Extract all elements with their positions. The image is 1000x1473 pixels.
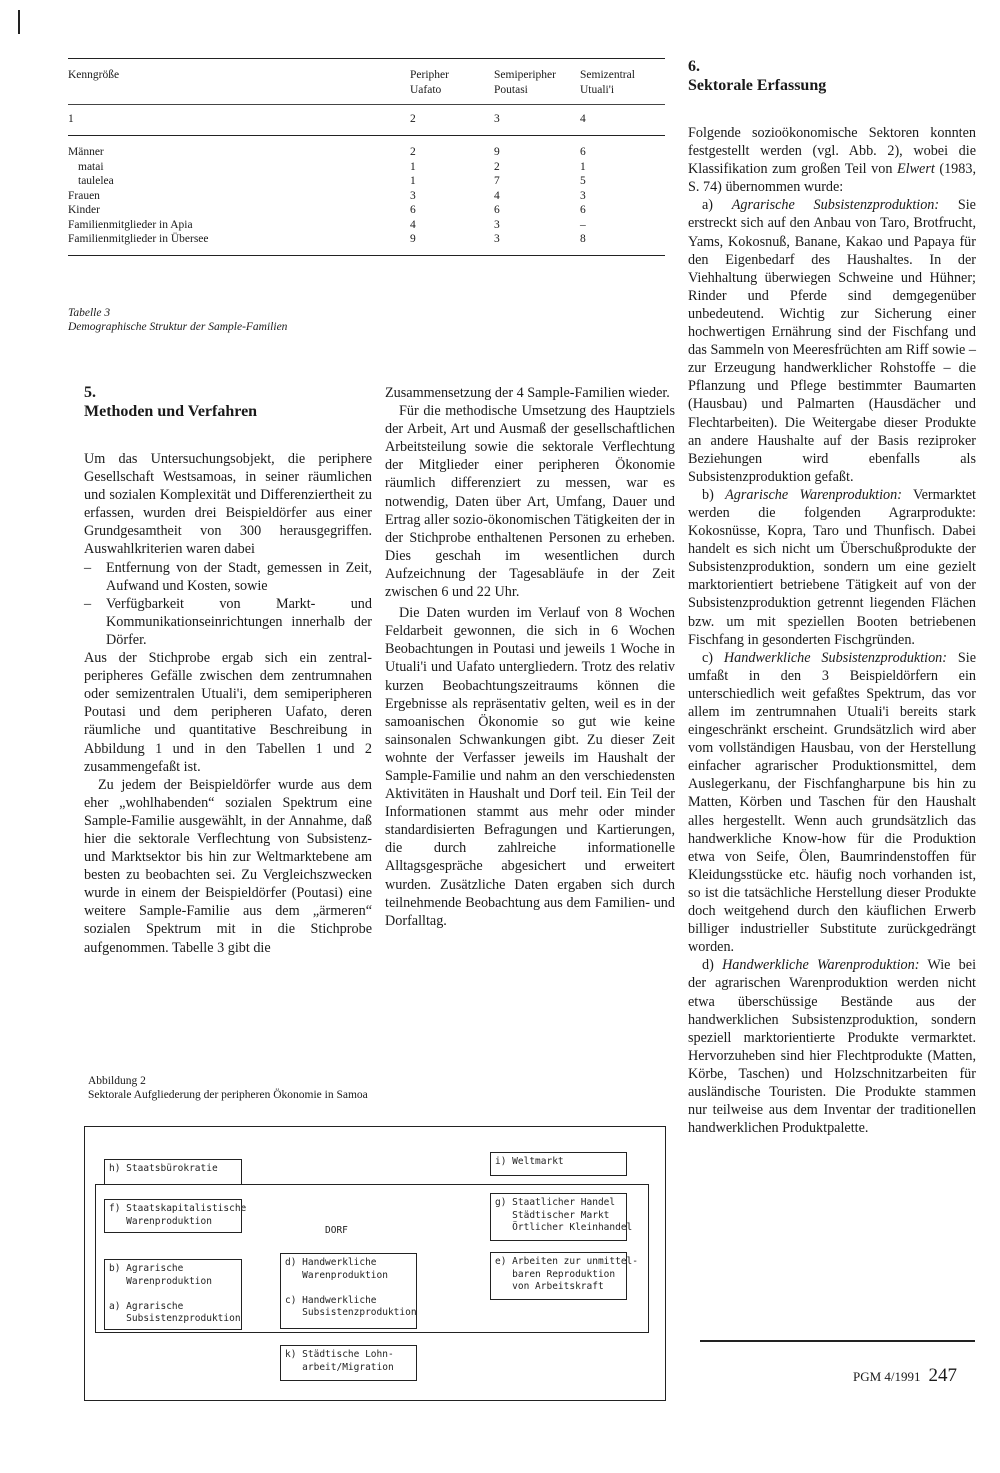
sector-diagram: DORF h) Staatsbürokratie i) Weltmarkt f)…	[84, 1126, 666, 1401]
header-cell-sub: Uafato	[410, 83, 498, 98]
page-number: 247	[929, 1365, 958, 1386]
value-cell: 8	[580, 232, 586, 247]
value-cell: 7	[494, 174, 500, 189]
paragraph: Die Daten wurden im Verlauf von 8 Wochen…	[385, 604, 675, 930]
paragraph: Um das Untersuchungsobjekt, die peripher…	[84, 450, 372, 559]
header-cell: Semiperipher	[494, 68, 556, 83]
figure-caption-title: Sektorale Aufgliederung der peripheren Ö…	[88, 1088, 368, 1102]
value-cell: 9	[494, 145, 500, 160]
table-caption-label: Tabelle 3	[68, 306, 287, 320]
value-cell: 2	[494, 160, 500, 175]
value-cell: 1	[580, 160, 586, 175]
row-label: Kinder	[68, 203, 410, 218]
value-cell: 2	[410, 145, 416, 160]
value-cell: 1	[410, 160, 416, 175]
row-label: Familienmitglieder in Übersee	[68, 232, 410, 247]
box-line: c) Handwerkliche	[285, 1295, 412, 1308]
sector-item: d) Handwerkliche Warenproduktion: Wie be…	[688, 956, 976, 1137]
table-header-row: Kenngröße PeripherUafato SemiperipherPou…	[68, 59, 665, 104]
box-line: Örtlicher Kleinhandel	[495, 1222, 622, 1235]
scan-artifact-mark	[18, 10, 20, 34]
row-label: Frauen	[68, 189, 410, 204]
box-line: von Arbeitskraft	[495, 1281, 622, 1294]
value-cell: 3	[494, 232, 500, 247]
value-cell: 3	[410, 189, 416, 204]
box-line: Städtischer Markt	[495, 1210, 622, 1223]
table-bottom-rule	[68, 255, 665, 256]
section-title: Sektorale Erfassung	[688, 76, 826, 95]
list-item: –Verfügbarkeit von Markt- und Kommunikat…	[84, 595, 372, 649]
index-cell: 2	[410, 112, 416, 127]
section-number: 6.	[688, 57, 826, 76]
value-cell: 1	[410, 174, 416, 189]
figure-caption: Abbildung 2 Sektorale Aufgliederung der …	[88, 1074, 368, 1102]
box-line: a) Agrarische	[109, 1301, 237, 1314]
section-6-heading: 6. Sektorale Erfassung	[688, 57, 826, 95]
value-cell: 6	[494, 203, 500, 218]
sector-term: Agrarische Subsistenzproduktion:	[732, 197, 939, 213]
value-cell: 3	[494, 218, 500, 233]
paragraph: Aus der Stichprobe ergab sich ein zentra…	[84, 649, 372, 776]
box-line: Warenproduktion	[109, 1276, 237, 1289]
box-line: f) Staatskapitalistische	[109, 1203, 237, 1216]
box-line: Warenproduktion	[109, 1216, 237, 1229]
box-line: e) Arbeiten zur unmittel-	[495, 1256, 622, 1269]
value-cell: 6	[580, 145, 586, 160]
box-k-lohnarbeit: k) Städtische Lohn- arbeit/Migration	[280, 1345, 417, 1381]
sector-term: Handwerkliche Warenproduktion:	[722, 957, 919, 973]
journal-issue: PGM 4/1991	[853, 1369, 921, 1384]
sector-item: b) Agrarische Warenproduktion: Vermarkte…	[688, 486, 976, 649]
box-line: arbeit/Migration	[285, 1362, 412, 1375]
author-citation: Elwert	[897, 161, 935, 177]
index-cell: 3	[494, 112, 500, 127]
paragraph: Zusammensetzung der 4 Sample-Familien wi…	[385, 384, 675, 402]
table-row: Kinder666	[68, 203, 665, 218]
table-row: Frauen343	[68, 189, 665, 204]
table-row: Männer296	[68, 145, 665, 160]
value-cell: 4	[410, 218, 416, 233]
table-body: Männer296matai121taulelea175Frauen343Kin…	[68, 136, 665, 255]
box-line: g) Staatlicher Handel	[495, 1197, 622, 1210]
value-cell: 5	[580, 174, 586, 189]
header-cell: Kenngröße	[68, 68, 410, 83]
table-index-row: 1 2 3 4	[68, 105, 665, 135]
index-cell: 1	[68, 112, 410, 127]
demographic-table: Kenngröße PeripherUafato SemiperipherPou…	[68, 58, 665, 256]
box-e-reproduktion: e) Arbeiten zur unmittel- baren Reproduk…	[490, 1252, 627, 1300]
table-caption: Tabelle 3 Demographische Struktur der Sa…	[68, 306, 287, 334]
table-row: Familienmitglieder in Apia43–	[68, 218, 665, 233]
table-row: matai121	[68, 160, 665, 175]
box-line: i) Weltmarkt	[495, 1156, 622, 1169]
box-line: baren Reproduktion	[495, 1269, 622, 1282]
box-f-staatskapitalistische: f) Staatskapitalistische Warenproduktion	[104, 1199, 242, 1233]
box-g-handel: g) Staatlicher Handel Städtischer Markt …	[490, 1193, 627, 1241]
value-cell: 4	[494, 189, 500, 204]
box-line: b) Agrarische	[109, 1263, 237, 1276]
box-dc-handwerkliche: d) Handwerkliche Warenproduktion c) Hand…	[280, 1253, 417, 1329]
box-line: d) Handwerkliche	[285, 1257, 412, 1270]
value-cell: 6	[410, 203, 416, 218]
page-footer: PGM 4/1991247	[853, 1365, 957, 1387]
box-i-weltmarkt: i) Weltmarkt	[490, 1152, 627, 1176]
paragraph: Folgende sozioökonomische Sektoren konnt…	[688, 124, 976, 196]
value-cell: –	[580, 218, 586, 233]
sector-item: c) Handwerkliche Subsistenzproduktion: S…	[688, 649, 976, 957]
row-label: taulelea	[68, 174, 420, 189]
header-cell: Peripher	[410, 68, 498, 83]
paragraph: Zu jedem der Beispieldörfer wurde aus de…	[84, 776, 372, 957]
value-cell: 6	[580, 203, 586, 218]
header-cell-sub: Utuali'i	[580, 83, 635, 98]
paragraph: Für die methodische Umsetzung des Hauptz…	[385, 402, 675, 601]
dorf-label: DORF	[325, 1225, 348, 1236]
list-item: –Entfernung von der Stadt, gemessen in Z…	[84, 559, 372, 595]
sector-term: Handwerkliche Subsistenzproduktion:	[724, 650, 947, 666]
section-number: 5.	[84, 383, 257, 402]
sector-term: Agrarische Warenproduktion:	[725, 487, 902, 503]
column-left: Um das Untersuchungsobjekt, die peripher…	[84, 450, 372, 957]
column-middle: Zusammensetzung der 4 Sample-Familien wi…	[385, 384, 675, 930]
row-label: Männer	[68, 145, 410, 160]
table-row: Familienmitglieder in Übersee938	[68, 232, 665, 247]
figure-caption-label: Abbildung 2	[88, 1074, 368, 1088]
value-cell: 9	[410, 232, 416, 247]
box-h-staatsbuerokratie: h) Staatsbürokratie	[104, 1159, 242, 1185]
header-cell-sub: Poutasi	[494, 83, 556, 98]
box-line	[285, 1282, 412, 1295]
section-5-heading: 5. Methoden und Verfahren	[84, 383, 257, 421]
column-right: Folgende sozioökonomische Sektoren konnt…	[688, 124, 976, 1137]
box-ba-agrarische: b) Agrarische Warenproduktion a) Agraris…	[104, 1259, 242, 1330]
index-cell: 4	[580, 112, 586, 127]
header-cell: Semizentral	[580, 68, 635, 83]
footer-rule	[700, 1340, 975, 1342]
table-row: taulelea175	[68, 174, 665, 189]
table-caption-title: Demographische Struktur der Sample-Famil…	[68, 320, 287, 334]
row-label: Familienmitglieder in Apia	[68, 218, 410, 233]
row-label: matai	[68, 160, 420, 175]
box-line: k) Städtische Lohn-	[285, 1349, 412, 1362]
box-line	[109, 1288, 237, 1301]
box-line: Subsistenzproduktion	[285, 1307, 412, 1320]
box-line: Subsistenzproduktion	[109, 1313, 237, 1326]
section-title: Methoden und Verfahren	[84, 402, 257, 421]
box-line: Warenproduktion	[285, 1270, 412, 1283]
box-line: h) Staatsbürokratie	[109, 1163, 237, 1176]
sector-item: a) Agrarische Subsistenzproduktion: Sie …	[688, 196, 976, 486]
value-cell: 3	[580, 189, 586, 204]
